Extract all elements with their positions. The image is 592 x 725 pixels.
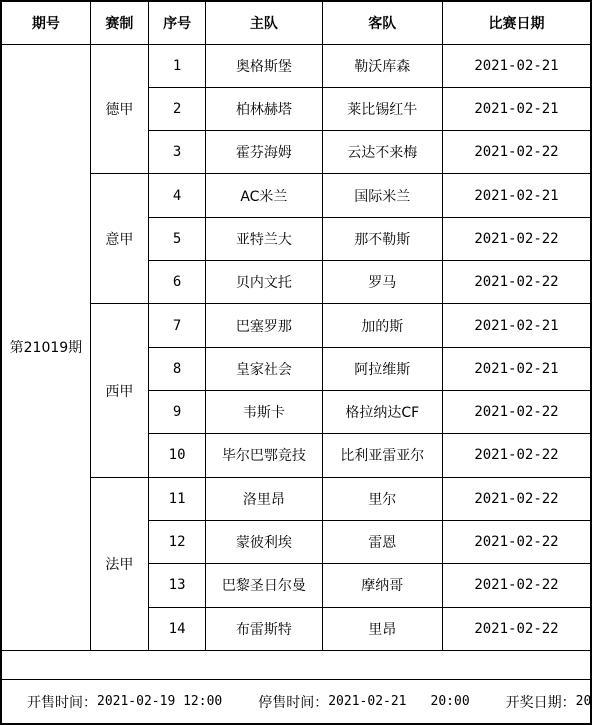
home-team: 洛里昂 — [206, 477, 322, 520]
match-date: 2021-02-22 — [442, 477, 591, 520]
match-date: 2021-02-22 — [442, 131, 591, 174]
col-header-date: 比赛日期 — [442, 1, 591, 44]
match-date: 2021-02-22 — [442, 434, 591, 477]
draw-date-value: 2021-02-22 — [576, 694, 591, 709]
footer-row: 开售时间：2021-02-19 12:00 停售时间：2021-02-2120:… — [1, 680, 591, 724]
match-date: 2021-02-21 — [442, 87, 591, 130]
match-date: 2021-02-22 — [442, 520, 591, 563]
league-cell-ligue-1: 法甲 — [90, 477, 148, 650]
spacer-row — [1, 650, 591, 679]
away-team: 罗马 — [322, 261, 442, 304]
away-team: 里尔 — [322, 477, 442, 520]
home-team: 巴塞罗那 — [206, 304, 322, 347]
col-header-league: 赛制 — [90, 1, 148, 44]
away-team: 里昂 — [322, 607, 442, 650]
match-date: 2021-02-22 — [442, 217, 591, 260]
match-date: 2021-02-22 — [442, 564, 591, 607]
away-team: 阿拉维斯 — [322, 347, 442, 390]
sale-stop-date: 2021-02-21 — [328, 694, 406, 709]
match-date: 2021-02-21 — [442, 174, 591, 217]
away-team: 云达不来梅 — [322, 131, 442, 174]
match-no: 10 — [148, 434, 205, 477]
home-team: 皇家社会 — [206, 347, 322, 390]
match-row: 意甲 4 AC米兰 国际米兰 2021-02-21 — [1, 174, 591, 217]
home-team: 霍芬海姆 — [206, 131, 322, 174]
home-team: 巴黎圣日尔曼 — [206, 564, 322, 607]
match-no: 6 — [148, 261, 205, 304]
home-team: 毕尔巴鄂竞技 — [206, 434, 322, 477]
away-team: 加的斯 — [322, 304, 442, 347]
away-team: 勒沃库森 — [322, 44, 442, 87]
period-cell: 第21019期 — [1, 44, 90, 650]
col-header-home: 主队 — [206, 1, 322, 44]
match-no: 3 — [148, 131, 205, 174]
match-row: 第21019期 德甲 1 奥格斯堡 勒沃库森 2021-02-21 — [1, 44, 591, 87]
match-date: 2021-02-21 — [442, 44, 591, 87]
away-team: 比利亚雷亚尔 — [322, 434, 442, 477]
away-team: 国际米兰 — [322, 174, 442, 217]
sale-start-value: 2021-02-19 12:00 — [97, 694, 222, 709]
sale-start-label: 开售时间： — [27, 692, 97, 712]
home-team: AC米兰 — [206, 174, 322, 217]
footer-content: 开售时间：2021-02-19 12:00 停售时间：2021-02-2120:… — [2, 692, 590, 712]
draw-date-label: 开奖日期： — [506, 692, 576, 712]
match-date: 2021-02-22 — [442, 391, 591, 434]
match-no: 14 — [148, 607, 205, 650]
match-no: 4 — [148, 174, 205, 217]
col-header-period: 期号 — [1, 1, 90, 44]
league-cell-la-liga: 西甲 — [90, 304, 148, 477]
match-date: 2021-02-22 — [442, 261, 591, 304]
match-date: 2021-02-22 — [442, 607, 591, 650]
match-date: 2021-02-21 — [442, 304, 591, 347]
match-no: 5 — [148, 217, 205, 260]
home-team: 奥格斯堡 — [206, 44, 322, 87]
match-no: 7 — [148, 304, 205, 347]
header-row: 期号 赛制 序号 主队 客队 比赛日期 — [1, 1, 591, 44]
match-no: 1 — [148, 44, 205, 87]
league-cell-bundesliga: 德甲 — [90, 44, 148, 174]
home-team: 贝内文托 — [206, 261, 322, 304]
match-row: 西甲 7 巴塞罗那 加的斯 2021-02-21 — [1, 304, 591, 347]
match-no: 2 — [148, 87, 205, 130]
sale-stop-time: 20:00 — [431, 694, 470, 709]
match-no: 9 — [148, 391, 205, 434]
away-team: 格拉纳达CF — [322, 391, 442, 434]
match-no: 8 — [148, 347, 205, 390]
col-header-no: 序号 — [148, 1, 205, 44]
match-date: 2021-02-21 — [442, 347, 591, 390]
match-no: 13 — [148, 564, 205, 607]
spacer-cell — [1, 650, 591, 679]
home-team: 韦斯卡 — [206, 391, 322, 434]
home-team: 布雷斯特 — [206, 607, 322, 650]
away-team: 那不勒斯 — [322, 217, 442, 260]
league-cell-serie-a: 意甲 — [90, 174, 148, 304]
away-team: 莱比锡红牛 — [322, 87, 442, 130]
home-team: 蒙彼利埃 — [206, 520, 322, 563]
match-schedule-table: 期号 赛制 序号 主队 客队 比赛日期 第21019期 德甲 1 奥格斯堡 勒沃… — [0, 0, 592, 725]
match-no: 11 — [148, 477, 205, 520]
sale-stop-label: 停售时间： — [258, 692, 328, 712]
footer-cell: 开售时间：2021-02-19 12:00 停售时间：2021-02-2120:… — [1, 680, 591, 724]
match-row: 法甲 11 洛里昂 里尔 2021-02-22 — [1, 477, 591, 520]
col-header-away: 客队 — [322, 1, 442, 44]
home-team: 柏林赫塔 — [206, 87, 322, 130]
match-no: 12 — [148, 520, 205, 563]
away-team: 摩纳哥 — [322, 564, 442, 607]
home-team: 亚特兰大 — [206, 217, 322, 260]
away-team: 雷恩 — [322, 520, 442, 563]
